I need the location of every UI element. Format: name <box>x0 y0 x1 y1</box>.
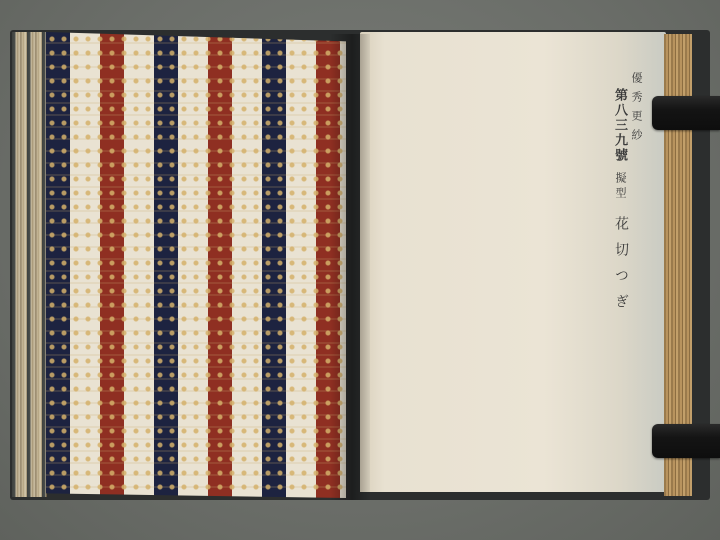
catalog-number: 第八三九號 <box>613 88 626 163</box>
striped-sarasa-page <box>46 32 346 498</box>
pattern-title: 花切つぎ <box>614 216 628 320</box>
book-clip-bottom <box>652 424 720 458</box>
book-clip-top <box>652 96 720 130</box>
pattern-label: 擬型 <box>615 172 626 202</box>
left-page-edges <box>12 32 47 497</box>
book-gutter <box>330 34 370 500</box>
series-text: 優秀更紗 <box>631 72 642 148</box>
